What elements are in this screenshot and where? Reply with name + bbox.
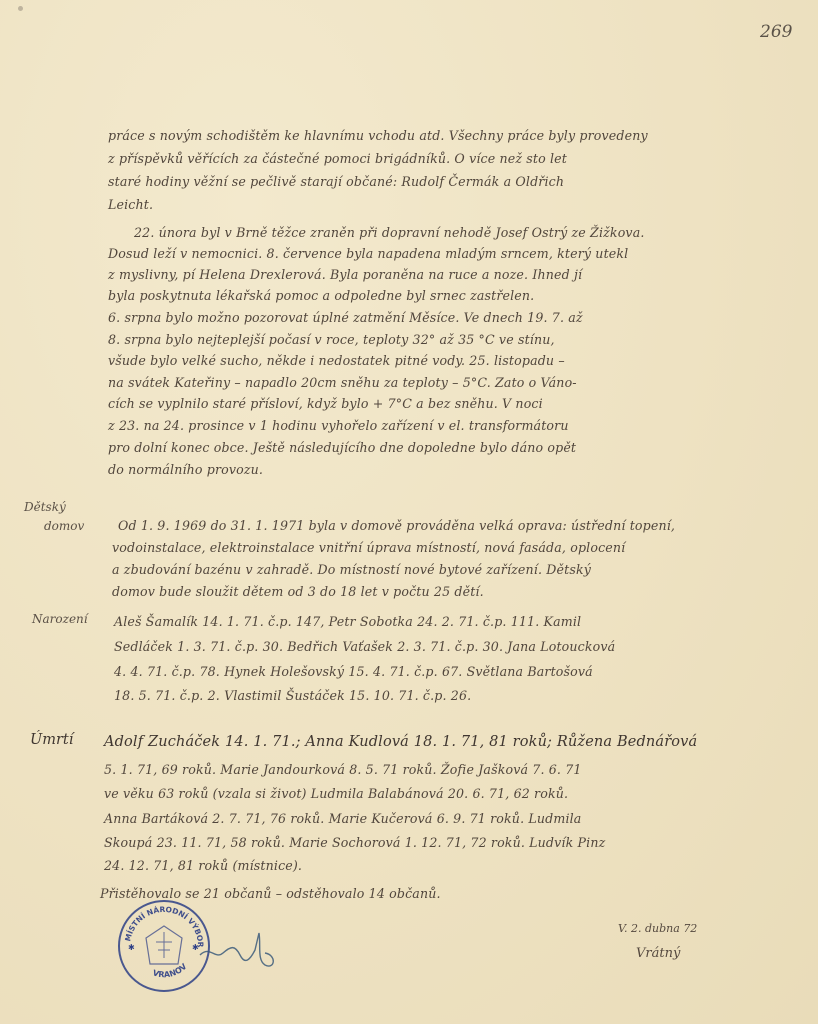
text-line: 8. srpna bylo nejteplejší počasí v roce,… [108, 332, 555, 347]
text-line: z myslivny, pí Helena Drexlerová. Byla p… [108, 267, 582, 282]
paper-spot [18, 6, 23, 11]
deaths-paragraph: Adolf Zucháček 14. 1. 71.; Anna Kudlová … [104, 734, 724, 864]
text-line: 24. 12. 71, 81 roků (místnice). [104, 858, 302, 873]
margin-label-deaths: Úmrtí [30, 732, 73, 748]
text-line: na svátek Kateřiny – napadlo 20cm sněhu … [108, 375, 577, 390]
text-line: Dosud leží v nemocnici. 8. července byla… [108, 246, 628, 261]
text-line: a zbudování bazénu v zahradě. Do místnos… [112, 562, 591, 577]
text-line: cích se vyplnilo staré přísloví, když by… [108, 396, 543, 411]
text-line: 6. srpna bylo možno pozorovat úplné zatm… [108, 310, 583, 325]
births-paragraph: Aleš Šamalík 14. 1. 71. č.p. 147, Petr S… [114, 614, 734, 714]
signature-icon [195, 925, 285, 975]
text-line: do normálního provozu. [108, 462, 263, 477]
text-line: ve věku 63 roků (vzala si život) Ludmila… [104, 786, 568, 801]
text-line: byla poskytnuta lékařská pomoc a odpoled… [108, 288, 534, 303]
childrens-home-paragraph: Od 1. 9. 1969 do 31. 1. 1971 byla v domo… [112, 518, 732, 608]
text-line: práce s novým schodištěm ke hlavnímu vch… [108, 128, 648, 143]
margin-label-childrens-home-1: Dětský [24, 500, 66, 514]
text-line: Sedláček 1. 3. 71. č.p. 30. Bedřich Vaťa… [114, 639, 615, 654]
text-line: 22. února byl v Brně těžce zraněn při do… [134, 225, 645, 240]
text-line: všude bylo velké sucho, někde i nedostat… [108, 353, 565, 368]
text-line: Od 1. 9. 1969 do 31. 1. 1971 byla v domo… [118, 518, 675, 533]
text-line: staré hodiny věžní se pečlivě starají ob… [108, 174, 564, 189]
margin-label-childrens-home-2: domov [44, 519, 84, 533]
text-line: Aleš Šamalík 14. 1. 71. č.p. 147, Petr S… [114, 614, 581, 629]
text-line: vodoinstalace, elektroinstalace vnitřní … [112, 540, 625, 555]
text-line: Anna Bartáková 2. 7. 71, 76 roků. Marie … [104, 811, 581, 826]
text-line: pro dolní konec obce. Ještě následujícíh… [108, 440, 576, 455]
text-line: Skoupá 23. 11. 71, 58 roků. Marie Sochor… [104, 835, 605, 850]
footer-date: V. 2. dubna 72 [618, 922, 697, 935]
text-line: 5. 1. 71, 69 roků. Marie Jandourková 8. … [104, 762, 582, 777]
text-line: 18. 5. 71. č.p. 2. Vlastimil Šustáček 15… [114, 688, 471, 703]
text-line: domov bude sloužit dětem od 3 do 18 let … [112, 584, 484, 599]
events-paragraph: 22. února byl v Brně těžce zraněn při do… [108, 225, 728, 505]
page-number: 269 [760, 22, 792, 42]
margin-label-births: Narození [32, 612, 88, 626]
footer-signature: Vrátný [636, 946, 680, 961]
text-line: Leicht. [108, 197, 153, 212]
text-line: z příspěvků věřících za částečné pomoci … [108, 151, 567, 166]
svg-text:✱: ✱ [128, 943, 135, 952]
intro-paragraph: práce s novým schodištěm ke hlavnímu vch… [108, 128, 728, 228]
text-line: 4. 4. 71. č.p. 78. Hynek Holešovský 15. … [114, 664, 593, 679]
text-line: Adolf Zucháček 14. 1. 71.; Anna Kudlová … [104, 734, 697, 750]
text-line: z 23. na 24. prosince v 1 hodinu vyhořel… [108, 418, 569, 433]
